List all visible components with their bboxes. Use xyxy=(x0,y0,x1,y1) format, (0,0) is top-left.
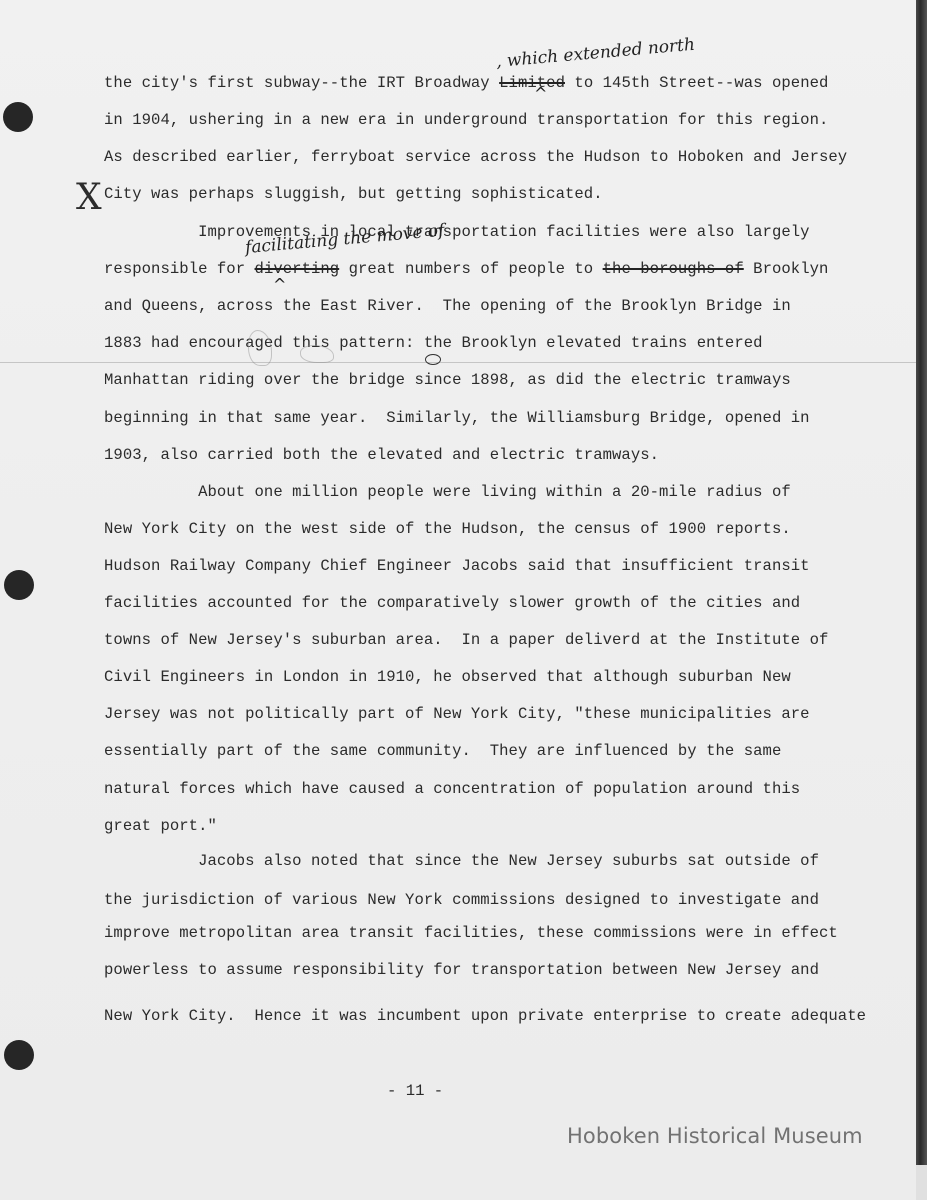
text-line-13: New York City on the west side of the Hu… xyxy=(104,520,791,538)
struck-word-diverting: diverting xyxy=(255,260,340,278)
page-edge-shadow xyxy=(916,0,927,1200)
struck-word-limited: Limited xyxy=(499,74,565,92)
text-line-12: About one million people were living wit… xyxy=(104,483,791,501)
text-segment: to 145th Street--was opened xyxy=(565,74,828,92)
text-line-15: facilities accounted for the comparative… xyxy=(104,594,800,612)
punch-hole-top xyxy=(3,102,33,132)
text-line-20: natural forces which have caused a conce… xyxy=(104,780,800,798)
text-line-9: Manhattan riding over the bridge since 1… xyxy=(104,371,791,389)
smudge-mark xyxy=(300,345,334,363)
page-number: - 11 - xyxy=(387,1082,443,1100)
text-line-5: Improvements in local transportation fac… xyxy=(104,223,810,241)
struck-phrase-the-boroughs-of: the boroughs of xyxy=(603,260,744,278)
text-line-22: Jacobs also noted that since the New Jer… xyxy=(104,852,819,870)
text-line-21: great port." xyxy=(104,817,217,835)
text-segment: the city's first subway--the IRT Broadwa… xyxy=(104,74,499,92)
text-segment: great numbers of people to xyxy=(339,260,602,278)
text-line-8: 1883 had encouraged this pattern: the Br… xyxy=(104,334,763,352)
margin-x-mark: X xyxy=(76,178,102,218)
punch-hole-bottom xyxy=(4,1040,34,1070)
watermark-hoboken-historical-museum: Hoboken Historical Museum xyxy=(567,1124,863,1148)
text-line-2: in 1904, ushering in a new era in underg… xyxy=(104,111,828,129)
text-line-10: beginning in that same year. Similarly, … xyxy=(104,409,810,427)
text-line-6: responsible for diverting great numbers … xyxy=(104,260,828,278)
text-line-19: essentially part of the same community. … xyxy=(104,742,781,760)
text-line-16: towns of New Jersey's suburban area. In … xyxy=(104,631,828,649)
fold-line xyxy=(0,362,916,363)
text-line-25: powerless to assume responsibility for t… xyxy=(104,961,819,979)
text-line-3: As described earlier, ferryboat service … xyxy=(104,148,847,166)
text-line-7: and Queens, across the East River. The o… xyxy=(104,297,791,315)
text-segment: Brooklyn xyxy=(744,260,829,278)
text-line-11: 1903, also carried both the elevated and… xyxy=(104,446,659,464)
text-line-17: Civil Engineers in London in 1910, he ob… xyxy=(104,668,791,686)
text-line-14: Hudson Railway Company Chief Engineer Ja… xyxy=(104,557,810,575)
page-edge-background xyxy=(916,1165,927,1200)
text-line-1: the city's first subway--the IRT Broadwa… xyxy=(104,74,828,92)
text-line-23: the jurisdiction of various New York com… xyxy=(104,891,819,909)
document-page: X , which extended north ^ the city's fi… xyxy=(0,0,916,1200)
text-line-18: Jersey was not politically part of New Y… xyxy=(104,705,810,723)
text-line-26: New York City. Hence it was incumbent up… xyxy=(104,1007,866,1025)
circle-mark xyxy=(425,354,441,365)
text-line-4: City was perhaps sluggish, but getting s… xyxy=(104,185,603,203)
text-line-24: improve metropolitan area transit facili… xyxy=(104,924,838,942)
text-segment: responsible for xyxy=(104,260,255,278)
punch-hole-middle xyxy=(4,570,34,600)
handwritten-insert-which-extended-north: , which extended north xyxy=(495,35,695,72)
